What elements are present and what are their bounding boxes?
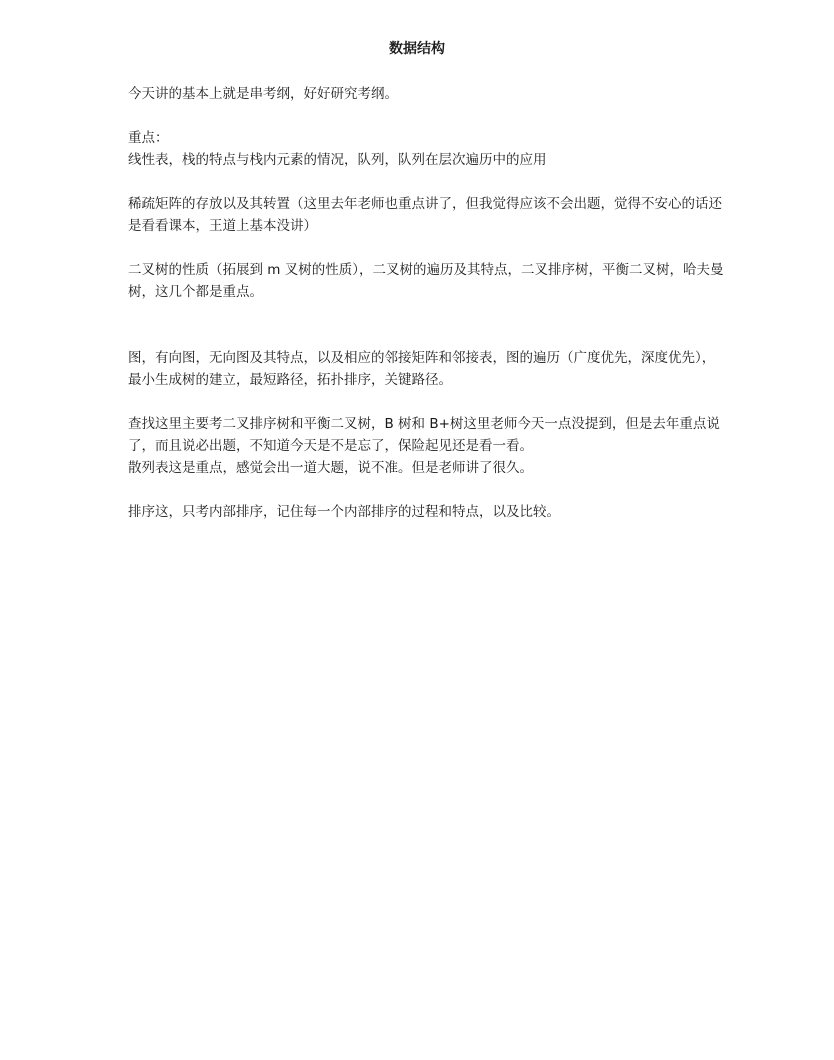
binary-tree-paragraph: 二叉树的性质（拓展到 m 叉树的性质），二叉树的遍历及其特点，二叉排序树，平衡二… xyxy=(128,259,728,303)
spacer xyxy=(128,171,728,193)
spacer xyxy=(128,391,728,413)
spacer xyxy=(128,237,728,259)
hash-table-paragraph: 散列表这是重点，感觉会出一道大题，说不准。但是老师讲了很久。 xyxy=(128,457,728,479)
graph-paragraph: 图，有向图，无向图及其特点，以及相应的邻接矩阵和邻接表，图的遍历（广度优先，深度… xyxy=(128,347,728,391)
spacer xyxy=(128,303,728,347)
spacer xyxy=(128,479,728,501)
search-paragraph: 查找这里主要考二叉排序树和平衡二叉树，B 树和 B+树这里老师今天一点没提到，但… xyxy=(128,413,728,457)
intro-paragraph: 今天讲的基本上就是串考纲，好好研究考纲。 xyxy=(128,83,728,105)
sparse-matrix-paragraph: 稀疏矩阵的存放以及其转置（这里去年老师也重点讲了，但我觉得应该不会出题，觉得不安… xyxy=(128,193,728,237)
document-body: 今天讲的基本上就是串考纲，好好研究考纲。 重点： 线性表，栈的特点与栈内元素的情… xyxy=(128,83,728,523)
spacer xyxy=(128,105,728,127)
linear-list-paragraph: 线性表，栈的特点与栈内元素的情况，队列，队列在层次遍历中的应用 xyxy=(128,149,728,171)
sorting-paragraph: 排序这，只考内部排序，记住每一个内部排序的过程和特点，以及比较。 xyxy=(128,501,728,523)
document-title: 数据结构 xyxy=(0,38,834,60)
key-points-label: 重点： xyxy=(128,127,728,149)
